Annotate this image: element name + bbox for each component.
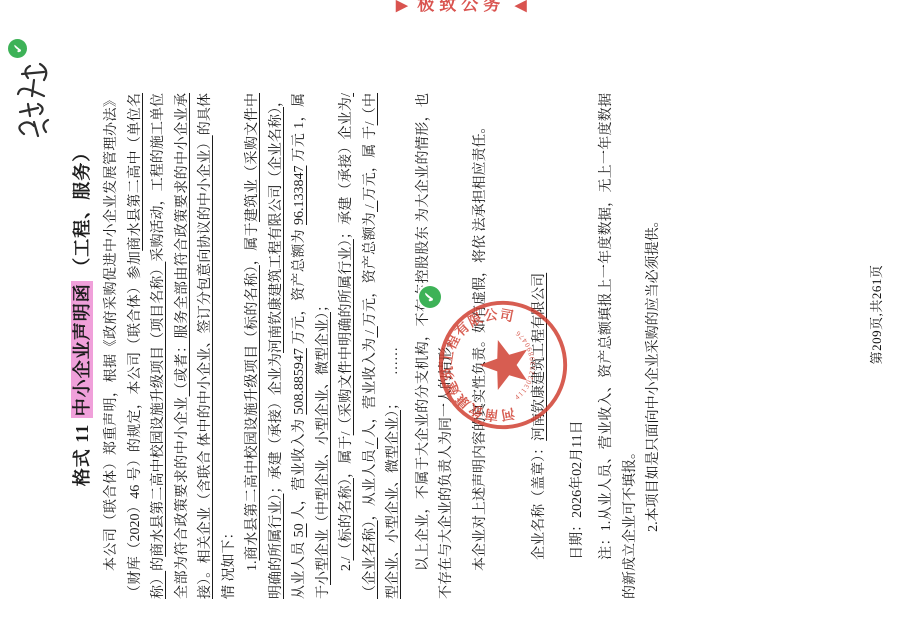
document-body: 本公司（联合体）郑重声明，根据《政府采购促进中小企业发展管理办法》（财库（202… — [100, 93, 666, 599]
screenshot-stage: ✔ 格式 11 中小企业声明函 （工程、服务） 本公司（联合体）郑重声明，根据《… — [0, 0, 912, 629]
filled-in-value: /（标的名称） — [339, 478, 354, 560]
text-segment: 日期：2026年02月11日 — [570, 420, 585, 559]
red-watermark-banner: ▶ 极致公务 ◀ — [396, 0, 527, 12]
filled-in-value: / — [363, 438, 378, 449]
rotated-document-page: ✔ 格式 11 中小企业声明函 （工程、服务） 本公司（联合体）郑重声明，根据《… — [0, 0, 912, 629]
item-1-paragraph: 1.商水县第二高中校园设施升级项目（标的名称），属于建筑业（采购文件中明确的所属… — [241, 93, 335, 599]
text-segment: ； …… — [386, 347, 401, 410]
text-segment: ；承建（承接）企业为 — [339, 97, 354, 239]
watermark-arrow-left-icon: ▶ — [396, 0, 408, 14]
filled-in-value: 河南钦康建筑工程有限公司（企业名称） — [269, 107, 284, 353]
text-segment: 企业名称（盖章）： — [532, 441, 547, 560]
seal-registration-number: 4113022539890476 — [513, 328, 537, 401]
company-seal-stamp: 河南钦康建筑工程有限公司 4113022539890476 — [435, 297, 571, 433]
seal-star-icon — [480, 340, 527, 390]
watermark-text: 极致公务 — [417, 0, 505, 14]
text-segment: 万元，属 于 — [363, 125, 378, 200]
text-segment: ，从业人员 — [363, 449, 378, 520]
note-2-line: 2.本项目如是只面向中小企业采购的应当必须提供。 — [642, 93, 666, 599]
text-segment: 2. — [339, 561, 354, 572]
text-segment: 2.本项目如是只面向中小企业采购的应当必须提供。 — [646, 213, 661, 532]
text-segment: 万元，资产总额为 — [363, 212, 378, 326]
filled-in-value: 508.885947 — [292, 348, 307, 415]
filled-in-value: 商水县第二高中校园设施升级项目（标的名称） — [245, 265, 260, 560]
title-suffix: （工程、服务） — [72, 143, 92, 276]
title-highlighted-text: 中小企业声明函 — [71, 281, 93, 418]
text-segment: 人，营业收入为 — [292, 415, 307, 524]
declaration-paragraph: 本公司（联合体）郑重声明，根据《政府采购促进中小企业发展管理办法》（财库（202… — [100, 93, 241, 599]
filled-in-value: 小型企业（中型企业、小型企业、微型企业） — [316, 312, 331, 585]
title-prefix: 格式 11 — [72, 418, 92, 486]
checkmark-glyph: ✔ — [11, 43, 25, 53]
green-check-icon: ✔ — [8, 39, 27, 58]
filled-in-value: / — [363, 326, 378, 337]
text-segment: ，属于 — [245, 222, 260, 265]
text-segment: ，属于 — [339, 435, 354, 478]
document-title: 格式 11 中小企业声明函 （工程、服务） — [68, 30, 94, 599]
item-2-paragraph: 2./（标的名称），属于/（采购文件中明确的所属行业）；承建（承接）企业为/（企… — [335, 93, 406, 599]
filled-in-value: / — [363, 201, 378, 212]
text-segment: 人，营业收入为 — [363, 338, 378, 438]
svg-text:4113022539890476: 4113022539890476 — [513, 328, 537, 401]
text-segment: 万元，资产总额为 — [292, 225, 307, 348]
text-segment: 的 — [151, 557, 166, 571]
note-1-line: 注：1.从业人员、营业收入、资产总额填报上一年度数据，无上一年度数据的新成立企业… — [595, 93, 642, 599]
text-segment: ； — [316, 298, 331, 312]
filled-in-value: 50 — [292, 523, 307, 537]
filled-in-value: 96.133847 — [292, 165, 307, 225]
page-number: 第209页,共261页 — [866, 0, 885, 629]
text-segment: ；承建（承接）企业为 — [269, 353, 284, 494]
text-segment: 1. — [245, 561, 260, 572]
filled-in-value: 商水县第二高中校园设施升级项目（项目名称） — [151, 262, 166, 557]
watermark-arrow-right-icon: ◀ — [515, 0, 527, 14]
handwritten-annotation — [10, 58, 62, 140]
filled-in-value: /（采购文件中明确的所属行业） — [339, 239, 354, 435]
text-segment: 注：1.从业人员、营业收入、资产总额填报上一年度数据，无上一年度数据的新成立企业… — [599, 93, 638, 599]
